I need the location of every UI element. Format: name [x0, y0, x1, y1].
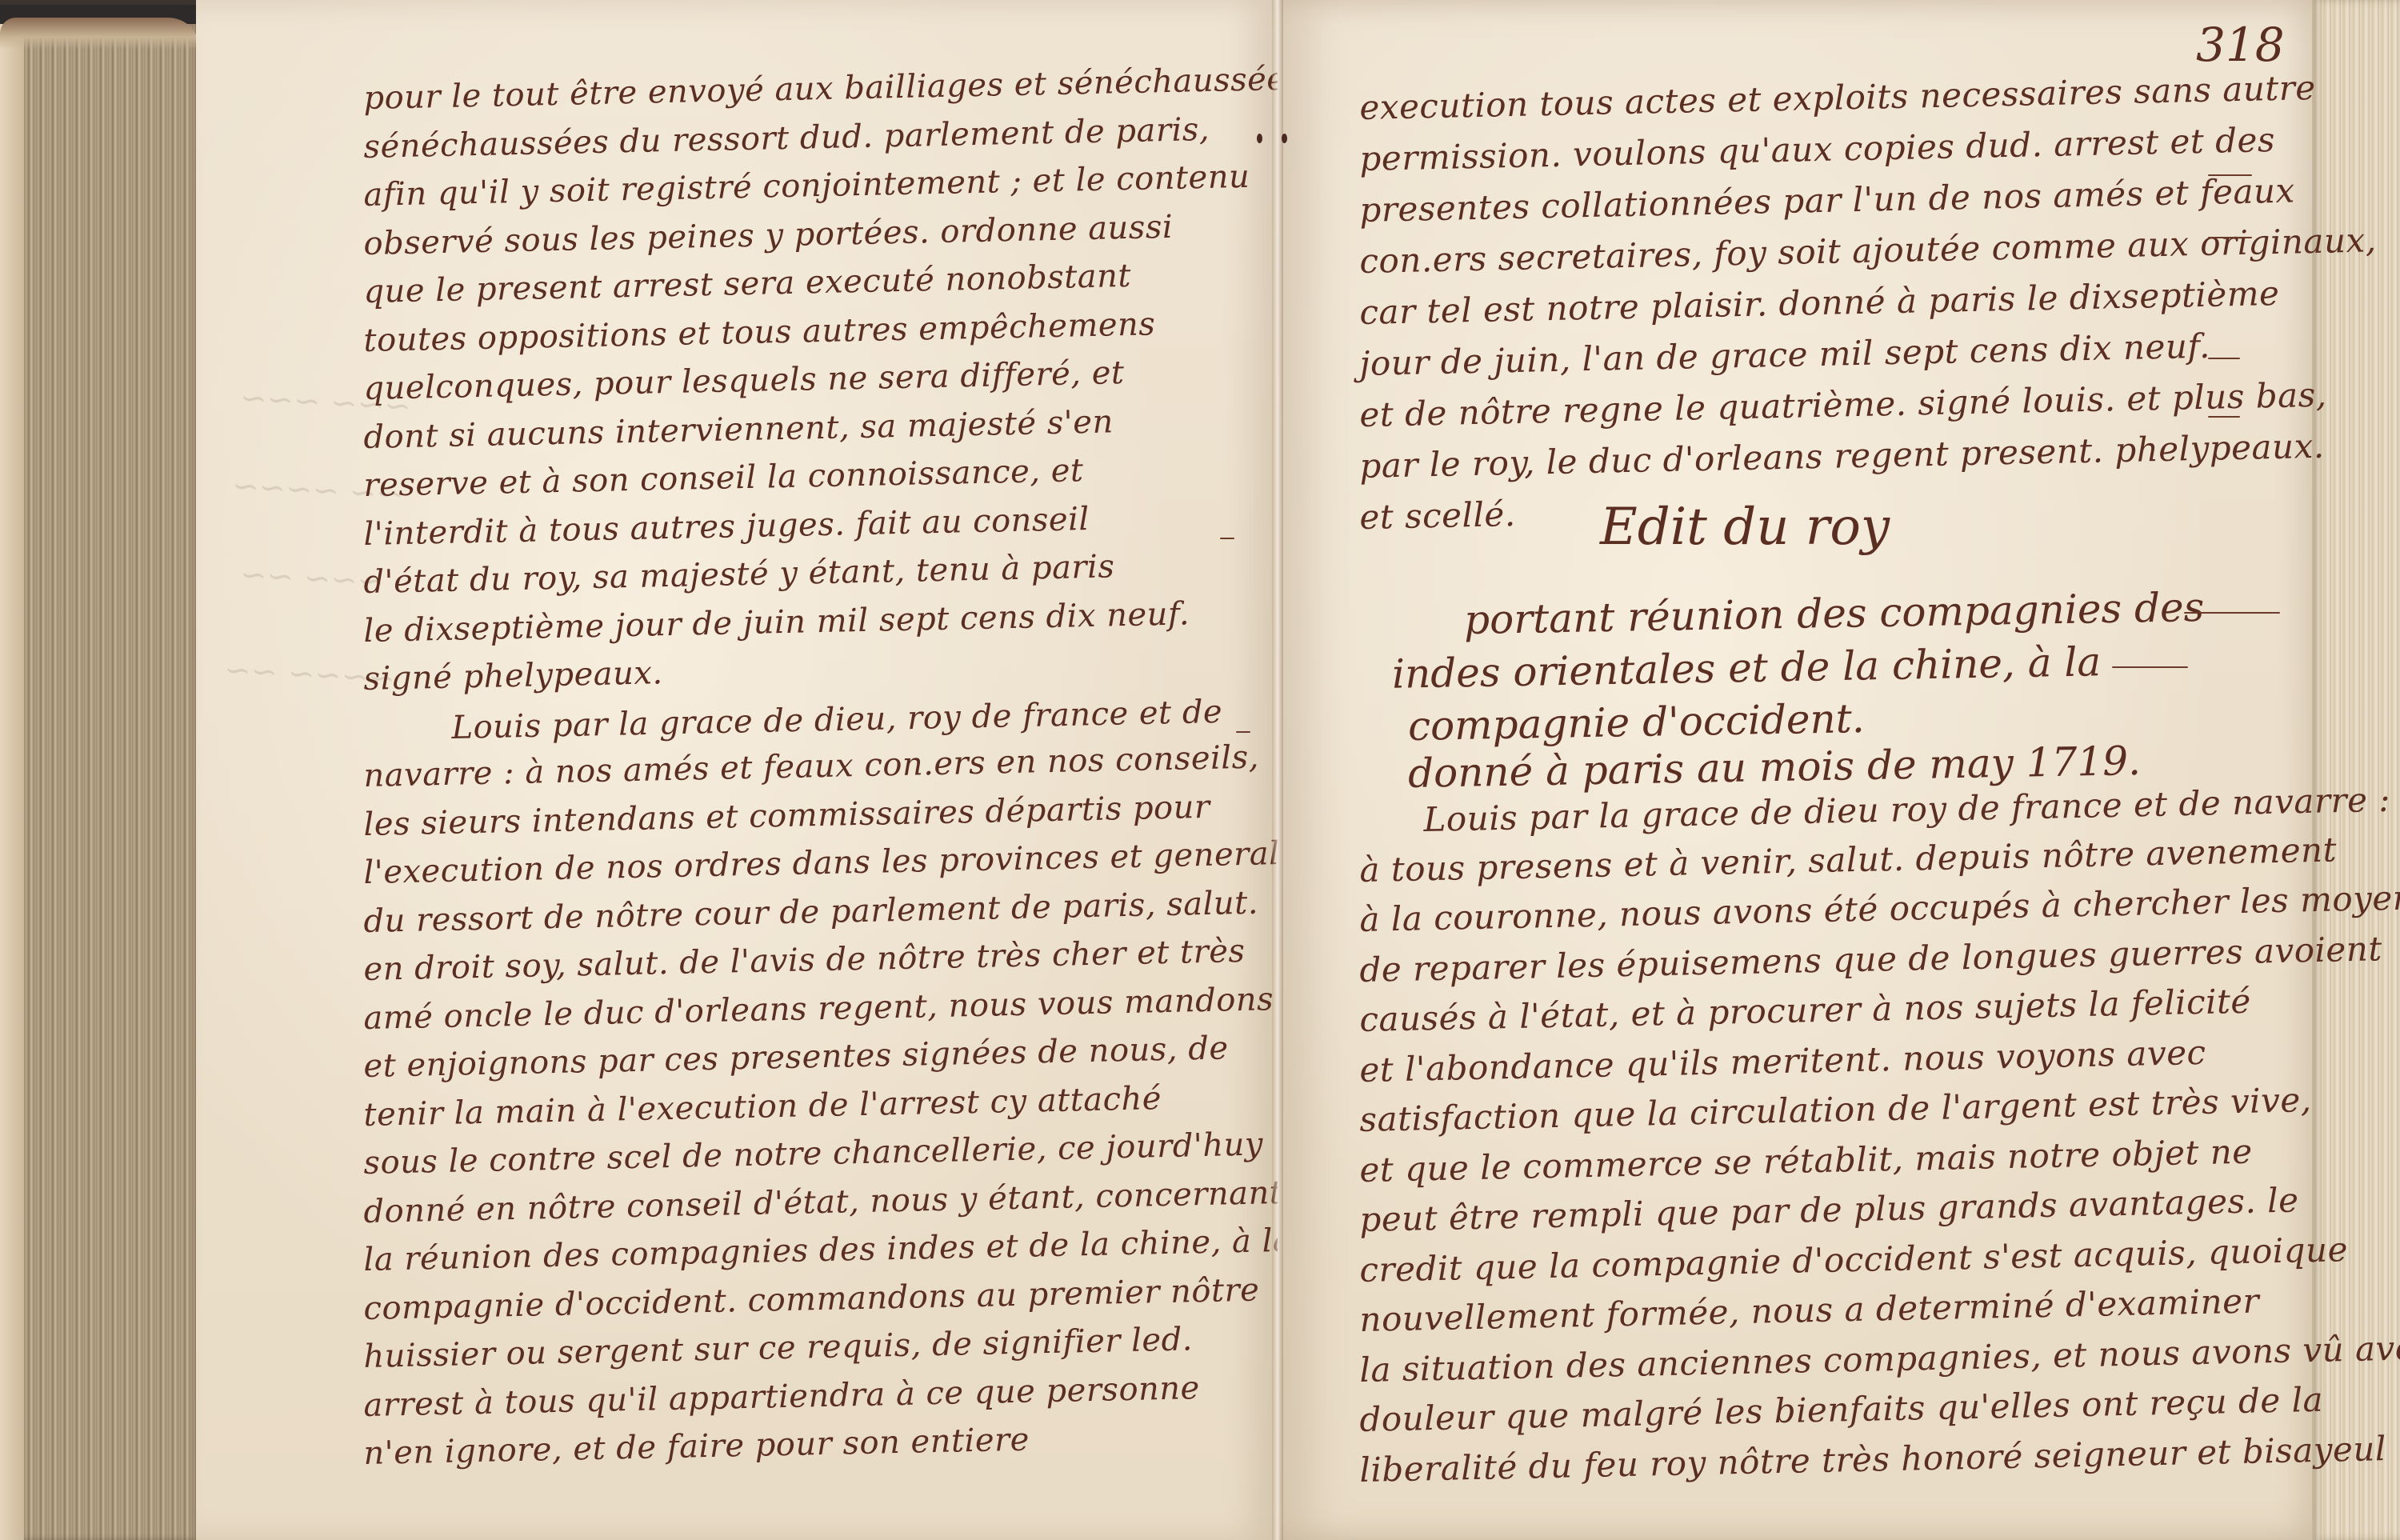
- subtitle-line: compagnie d'occident.: [1408, 695, 1866, 750]
- book-gutter: [1272, 0, 1283, 1540]
- left-page-block-edges: [0, 24, 200, 1540]
- manuscript-line: signé phelypeaux.: [363, 654, 663, 698]
- ink-mark: [1257, 134, 1262, 143]
- line-fill-dash: [2208, 358, 2240, 359]
- line-fill-dash: [1236, 731, 1250, 733]
- line-fill-dash: [2208, 416, 2240, 418]
- manuscript-line: et scellé.: [1359, 494, 1516, 537]
- line-fill-dash: [1220, 538, 1234, 539]
- line-fill-dash: [2208, 174, 2252, 176]
- section-heading: Edit du roy: [1600, 498, 1890, 557]
- line-fill-dash: [2208, 237, 2252, 238]
- folio-number: 318: [2196, 18, 2285, 72]
- line-fill-dash: [2112, 666, 2188, 668]
- manuscript-photo: ~~~ ~~~ ~~ ~~~~ ~~~ ~~ ~~~~ ~~ pour le t…: [0, 0, 2400, 1540]
- ink-mark: [1282, 134, 1287, 143]
- line-fill-dash: [2184, 612, 2280, 614]
